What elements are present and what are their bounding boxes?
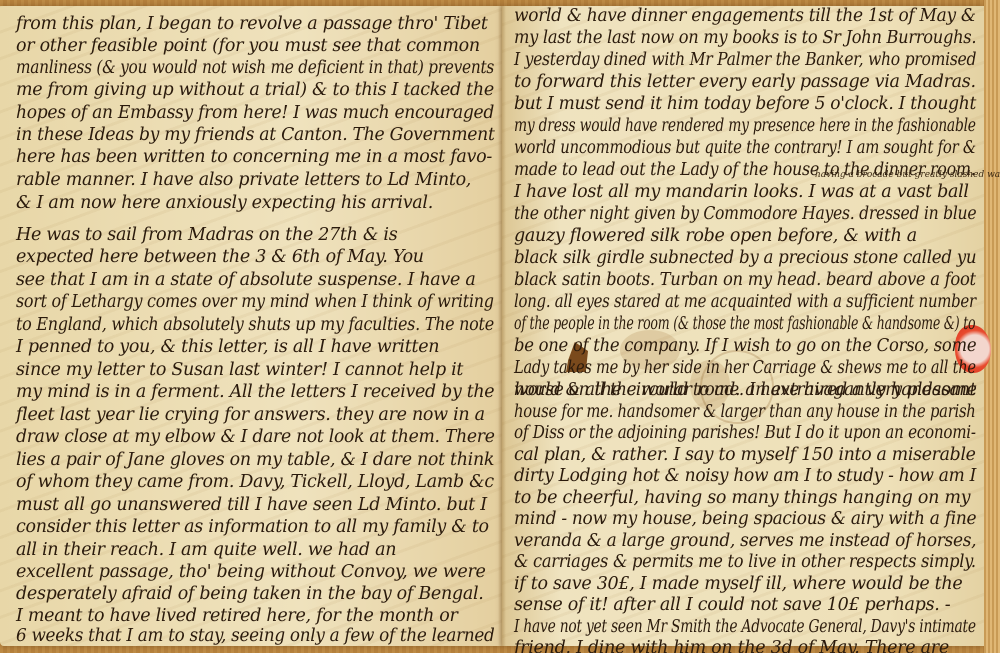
- text-line: lies a pair of Jane gloves on my table, …: [16, 450, 494, 470]
- text-line: hopes of an Embassy from here! I was muc…: [16, 103, 494, 123]
- text-line: world & have dinner engagements till the…: [514, 6, 976, 26]
- text-line: I have lost all my mandarin looks. I was…: [514, 182, 969, 202]
- text-line: of whom they came from. Davy, Tickell, L…: [16, 472, 494, 492]
- text-line: cal plan, & rather. I say to myself 150 …: [514, 445, 976, 465]
- text-line: I penned to you, & this letter, is all I…: [16, 337, 439, 357]
- text-line: sense of it! after all I could not save …: [514, 595, 950, 615]
- text-line: or other feasible point (for you must se…: [16, 36, 480, 56]
- text-line: fleet last year lie crying for answers. …: [16, 405, 485, 425]
- text-line: mind - now my house, being spacious & ai…: [514, 509, 976, 529]
- text-line: my dress would have rendered my presence…: [514, 116, 976, 136]
- text-line: since my letter to Susan last winter! I …: [16, 360, 463, 380]
- text-line: & I am now here anxiously expecting his …: [16, 193, 433, 213]
- text-line: my last the last now on my books is to S…: [514, 28, 976, 48]
- page-fold: [498, 6, 506, 646]
- text-line: in these Ideas by my friends at Canton. …: [16, 125, 495, 145]
- text-line: expected here between the 3 & 6th of May…: [16, 247, 424, 267]
- text-line: rable manner. I have also private letter…: [16, 170, 471, 190]
- text-line: I have not yet seen Mr Smith the Advocat…: [514, 617, 976, 637]
- text-line: house for me. handsomer & larger than an…: [514, 402, 976, 422]
- text-line: I yesterday dined with Mr Palmer the Ban…: [514, 50, 976, 70]
- text-line: desperately afraid of being taken in the…: [16, 584, 484, 604]
- text-line: of Diss or the adjoining parishes! But I…: [514, 423, 976, 443]
- text-line: black satin boots. Turban on my head. be…: [514, 270, 976, 290]
- text-line: 6 weeks that I am to stay, seeing only a…: [16, 626, 495, 646]
- text-line: sort of Lethargy comes over my mind when…: [16, 292, 494, 312]
- text-line: the other night given by Commodore Hayes…: [514, 204, 976, 224]
- text-line: friend. I dine with him on the 3d of May…: [514, 638, 949, 653]
- text-line: veranda & a large ground, serves me inst…: [514, 531, 976, 551]
- text-line: black silk girdle subnected by a preciou…: [514, 248, 976, 268]
- text-line: to forward this letter every early passa…: [514, 72, 976, 92]
- text-line: consider this letter as information to a…: [16, 517, 489, 537]
- text-line: to be cheerful, having so many things ha…: [514, 488, 970, 508]
- text-line: excellent passage, tho' being without Co…: [16, 562, 486, 582]
- text-line: of the people in the room (& those the m…: [514, 314, 975, 334]
- text-line: world uncommodious but quite the contrar…: [514, 138, 976, 158]
- text-line: long. all eyes stared at me acquainted w…: [514, 292, 976, 312]
- text-line: here has been written to concerning me i…: [16, 147, 492, 167]
- text-line: all in their reach. I am quite well. we …: [16, 540, 396, 560]
- text-line: & carriages & permits me to live in othe…: [514, 552, 976, 572]
- text-line: to England, which absolutely shuts up my…: [16, 315, 494, 335]
- text-line: He was to sail from Madras on the 27th &…: [16, 225, 397, 245]
- text-line: gauzy flowered silk robe open before, & …: [514, 226, 917, 246]
- text-line: my mind is in a ferment. All the letters…: [16, 382, 494, 402]
- text-line: see that I am in a state of absolute sus…: [16, 270, 475, 290]
- interlinear-note: having a brocade but greatly slashed wai…: [815, 170, 1000, 180]
- text-line: if to save 30£, I made myself ill, where…: [514, 574, 962, 594]
- text-line: but I must send it him today before 5 o'…: [514, 94, 976, 114]
- text-line: I meant to have lived retired here, for …: [16, 606, 458, 626]
- text-line: draw close at my elbow & I dare not look…: [16, 427, 495, 447]
- text-line: house on the circular road. an extravaga…: [514, 380, 977, 400]
- text-line: Lady takes me by her side in her Carriag…: [514, 358, 976, 378]
- text-line: dirty Lodging hot & noisy how am I to st…: [514, 466, 976, 486]
- text-line: me from giving up without a trial) & to …: [16, 80, 494, 100]
- wood-edge: [984, 0, 1000, 653]
- text-line: from this plan, I began to revolve a pas…: [16, 14, 488, 34]
- text-line: manliness (& you would not wish me defic…: [16, 58, 494, 78]
- text-line: be one of the company. If I wish to go o…: [514, 336, 976, 356]
- text-line: must all go unanswered till I have seen …: [16, 495, 487, 515]
